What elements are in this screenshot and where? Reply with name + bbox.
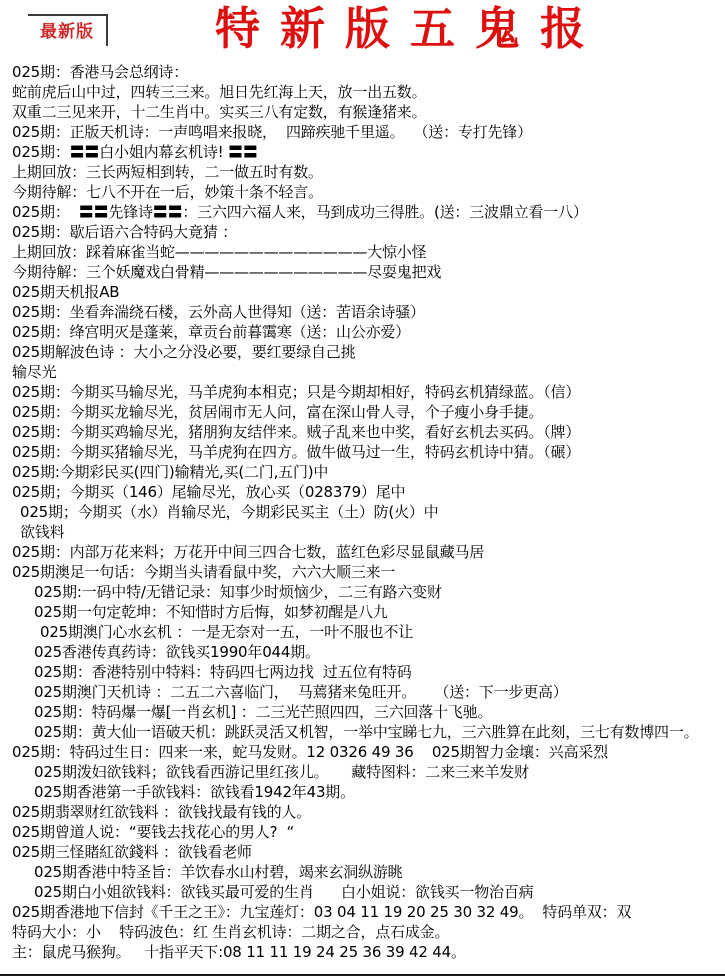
text-line: 025期香港第一手欲钱料：欲钱看1942年43期。 bbox=[12, 782, 725, 802]
text-line: 蛇前虎后山中过，四转三三来。旭日先红海上天，放一出五数。 bbox=[12, 82, 725, 102]
text-line: 025期:今期彩民买(四门)输精光,买(二门,五门)中 bbox=[12, 462, 725, 482]
text-line: 025期；今期买（水）肖输尽光，今期彩民买主（土）防(火）中 bbox=[12, 502, 725, 522]
text-line: 双重二三见来开，十二生肖中。实买三八有定数，有猴逢猪来。 bbox=[12, 102, 725, 122]
text-line: 025期：香港特别中特料：特码四七两边找 过五位有特码 bbox=[12, 662, 725, 682]
text-line: 025期澳足一句话：今期当头请看鼠中奖，六六大顺三来一 bbox=[12, 562, 725, 582]
text-line: 欲钱料 bbox=[12, 522, 725, 542]
text-line: 输尽光 bbox=[12, 362, 725, 382]
text-line: 025期翡翠财红欲钱料 ：欲钱找最有钱的人。 bbox=[12, 802, 725, 822]
text-line: 025香港传真药诗：欲钱买1990年044期。 bbox=[12, 642, 725, 662]
text-line: 025期泼妇欲钱料；欲钱看西游记里红孩儿。 藏特图料：二来三来羊发财 bbox=[12, 762, 725, 782]
text-line: 上期回放：三长两短相到转，二一做五时有数。 bbox=[12, 162, 725, 182]
text-line: 今期待解：三个妖魔戏白骨精———————————尽耍鬼把戏 bbox=[12, 262, 725, 282]
text-line: 025期：内部万花来料；万花开中间三四合七数，蓝红色彩尽显鼠藏马居 bbox=[12, 542, 725, 562]
text-line: 上期回放：踩着麻雀当蛇—————————————大惊小怪 bbox=[12, 242, 725, 262]
text-line: 025期澳门心水玄机 ：一是无奈对一五，一叶不服也不让 bbox=[12, 622, 725, 642]
text-line: 025期：今期买马输尽光，马羊虎狗本相克；只是今期却相好，特码玄机猜绿蓝。（信） bbox=[12, 382, 725, 402]
text-line: 025期三怪賭紅欲錢料 ：欲钱看老师 bbox=[12, 842, 725, 862]
text-line: 025期澳门天机诗 ：二五二六喜临门， 马蔫猪来兔旺开。 （送：下一步更高） bbox=[12, 682, 725, 702]
text-line: 主：鼠虎马猴狗。 十指平天下:08 11 11 19 24 25 36 39 4… bbox=[12, 942, 725, 962]
text-line: 025期天机报AB bbox=[12, 282, 725, 302]
page-title: 特新版五鬼报 bbox=[130, 0, 690, 58]
text-line: 025期：今期买龙输尽光，贫居闹市无人问，富在深山骨人寻，个子瘦小身手捷。 bbox=[12, 402, 725, 422]
text-line: 025期：黄大仙一语破天机：跳跃灵活又机智，一举中宝睇七九，三六胜算在此刻，三七… bbox=[12, 722, 725, 742]
text-line: 025期：今期买猪输尽光，马羊虎狗在四方。做牛做马过一生，特码玄机诗中猜。（碾） bbox=[12, 442, 725, 462]
text-line: 025期：〓〓白小姐内幕玄机诗! 〓〓 bbox=[12, 142, 725, 162]
text-line: 025期一句定乾坤：不知惜时方后悔，如梦初醒是八九 bbox=[12, 602, 725, 622]
text-line: 025期白小姐欲钱料：欲钱买最可爱的生肖 白小姐说：欲钱买一物治百病 bbox=[12, 882, 725, 902]
text-line: 025期： 〓〓先锋诗〓〓：三六四六福人来，马到成功三得胜。(送：三波鼎立看一八… bbox=[12, 202, 725, 222]
text-line: 025期曾道人说：“要钱去找花心的男人? “ bbox=[12, 822, 725, 842]
five-ghost-report-page: 最新版 特新版五鬼报 025期：香港马会总纲诗： 蛇前虎后山中过，四转三三来。旭… bbox=[0, 0, 725, 976]
text-line: 025期：坐看奔湍绕石楼，云外高人世得知（送：苦语余诗骚） bbox=[12, 302, 725, 322]
text-line: 025期解波色诗 ：大小之分没必要，要红要绿自己挑 bbox=[12, 342, 725, 362]
text-line: 025期香港中特圣旨：羊饮春水山村碧，竭来玄洞纵游眺 bbox=[12, 862, 725, 882]
text-line: 025期：今期买鸡输尽光，猪朋狗友结伴来。贼子乱来也中奖，看好玄机去买码。（牌） bbox=[12, 422, 725, 442]
text-line: 今期待解：七八不开在一后，妙策十条不轻言。 bbox=[12, 182, 725, 202]
text-line: 特码大小：小 特码波色：红 生肖玄机诗：二期之合，点石成金。 bbox=[12, 922, 725, 942]
text-line: 025期：正版天机诗：一声鸣唱来报晓， 四蹄疾驰千里遥。 （送：专打先锋） bbox=[12, 122, 725, 142]
text-line: 025期：歇后语六合特码大竟猜 ： bbox=[12, 222, 725, 242]
text-line: 025期；今期买（146）尾输尽光，放心买（028379）尾中 bbox=[12, 482, 725, 502]
text-line: 025期:一码中特/无错记录：知事少时烦恼少，二三有路六变财 bbox=[12, 582, 725, 602]
text-line: 025期：绛宫明灭是蓬莱，章贡台前暮霭寒（送：山公亦爱） bbox=[12, 322, 725, 342]
edition-badge: 最新版 bbox=[28, 14, 108, 46]
text-line: 025期香港地下信封《千王之王》：九宝莲灯：03 04 11 19 20 25 … bbox=[12, 902, 725, 922]
page-header: 最新版 特新版五鬼报 bbox=[0, 0, 725, 60]
text-line: 025期：香港马会总纲诗： bbox=[12, 62, 725, 82]
text-line: 025期：特码过生日：四来一来，蛇马发财。12 0326 49 36 025期智… bbox=[12, 742, 725, 762]
document-body: 025期：香港马会总纲诗： 蛇前虎后山中过，四转三三来。旭日先红海上天，放一出五… bbox=[0, 62, 725, 962]
text-line: 025期：特码爆一爆[一肖玄机] ：二三光芒照四四，三六回落十飞驰。 bbox=[12, 702, 725, 722]
